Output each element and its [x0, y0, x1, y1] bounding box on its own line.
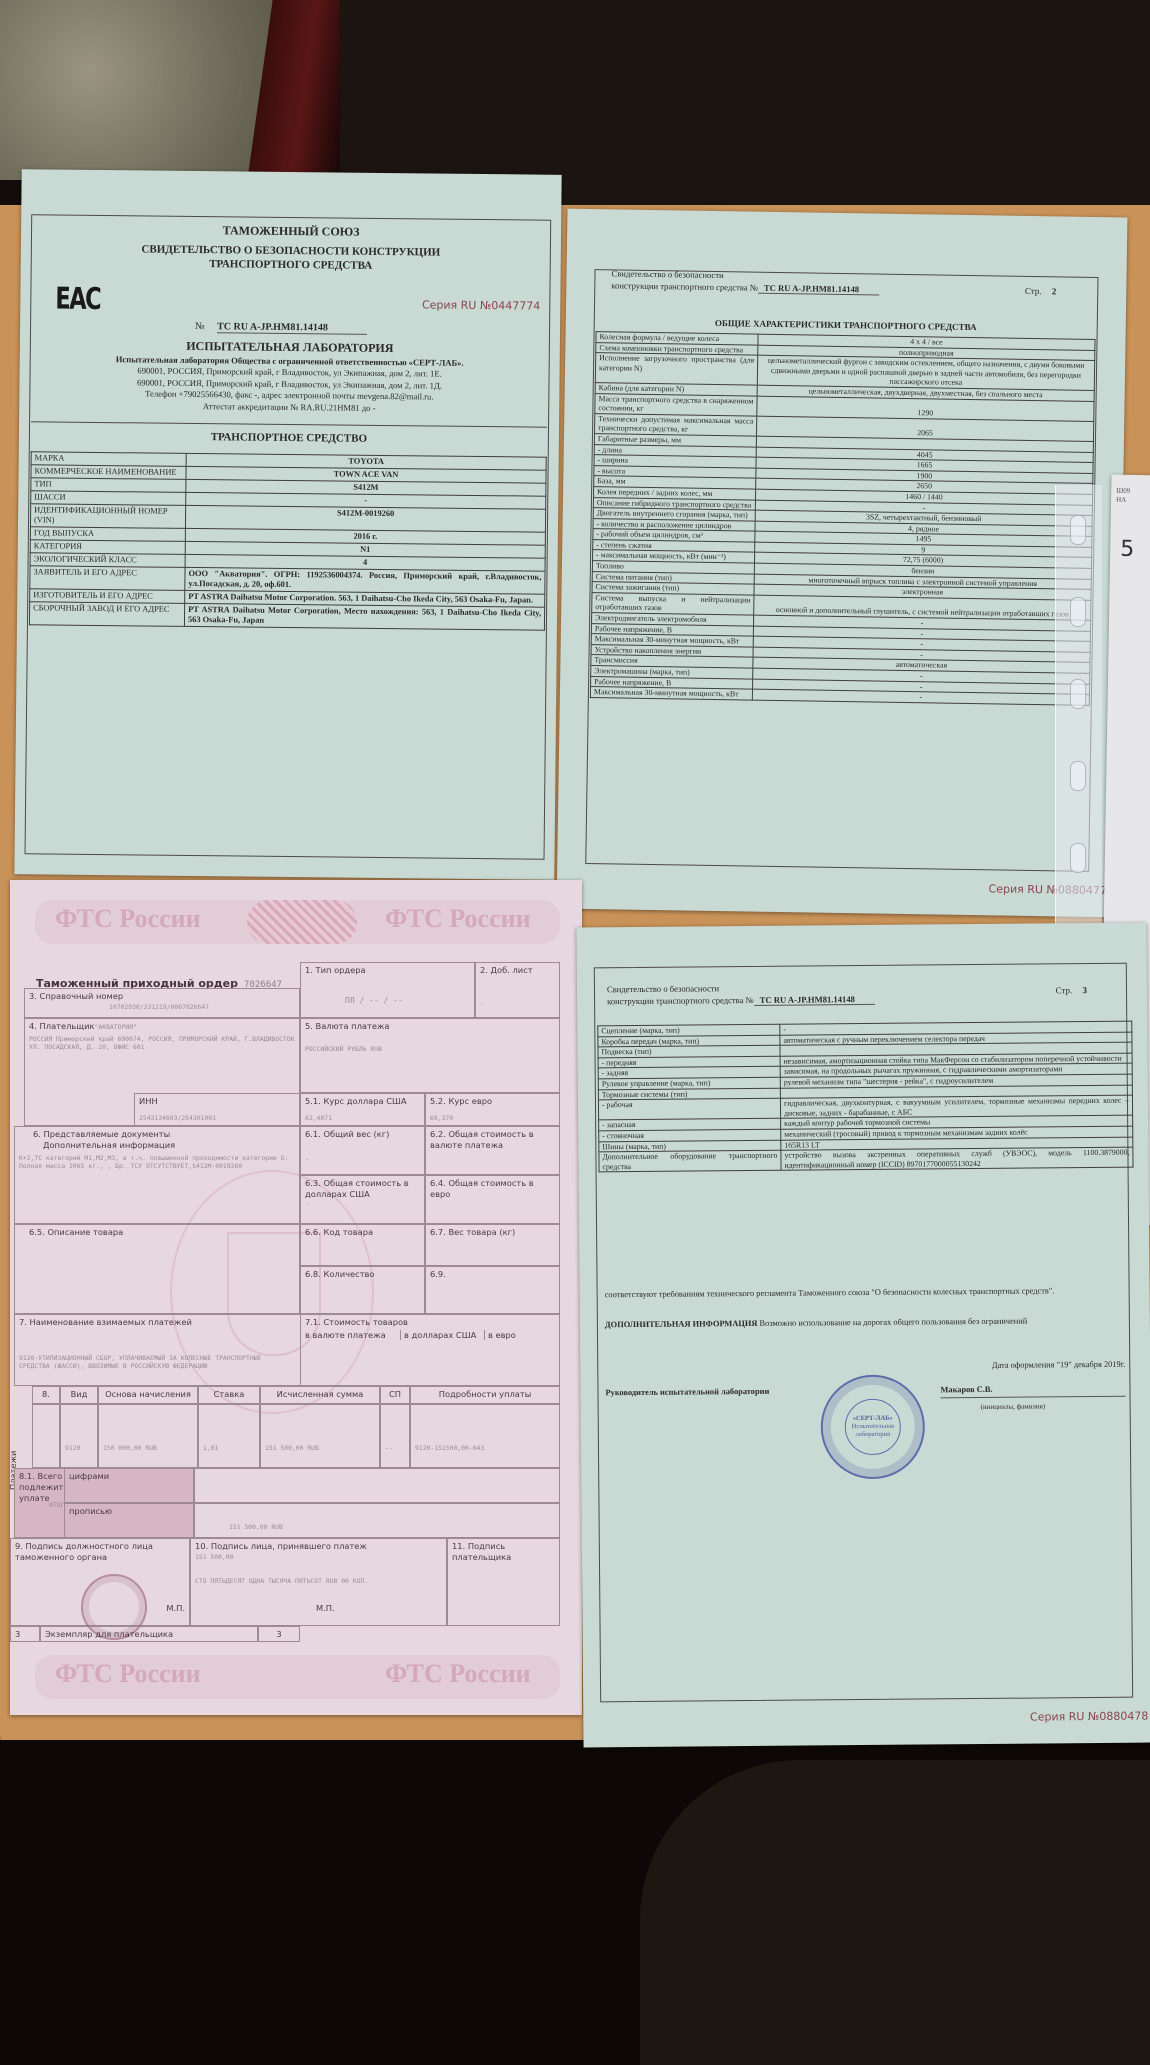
total-digits-value — [194, 1468, 560, 1503]
field-label: 7.1. Стоимость товаров — [305, 1317, 555, 1328]
stamp-sub-text: Испытательная лаборатория — [846, 1423, 900, 1439]
payments-cell: 151 500,00 RUB — [260, 1404, 380, 1468]
field-label-2: Дополнительная информация — [43, 1140, 295, 1151]
initials-caption: (инициалы, фамилия) — [981, 1401, 1126, 1413]
sub-currency: в валюте платежа — [305, 1330, 400, 1341]
certificate-title: СВИДЕТЕЛЬСТВО О БЕЗОПАСНОСТИ КОНСТРУКЦИИ… — [21, 241, 561, 275]
lab-head-name: Макаров С.В. — [940, 1383, 1125, 1399]
punch-hole-icon — [1070, 679, 1086, 709]
field-6-8-quantity: 6.8. Количество — [300, 1266, 425, 1314]
copy-label: Экземпляр для плательщика — [40, 1626, 258, 1642]
field-label: 3. Справочный номер — [29, 991, 295, 1002]
punch-hole-icon — [1070, 515, 1086, 545]
vehicle-table: МаркаTOYOTAКоммерческое наименованиеTOWN… — [29, 451, 547, 630]
field-6-6-code: 6.6. Код товара — [300, 1224, 425, 1266]
amount-words: СТО ПЯТЬДЕСЯТ ОДНА ТЫСЯЧА ПЯТЬСОТ RUB 00… — [195, 1576, 442, 1587]
field-5-2-eur-rate: 5.2. Курс евро 69,370 — [425, 1093, 560, 1126]
total-words-value: 151 500,00 RUB — [194, 1503, 560, 1538]
field-value: 2543134603/254301001 — [139, 1113, 295, 1124]
payments-column-header: 8. — [32, 1386, 60, 1404]
fts-label-right: ФТС России — [385, 904, 531, 934]
field-label: 6.5. Описание товара — [29, 1227, 295, 1238]
payments-column-header: Вид — [60, 1386, 98, 1404]
field-3-reference-number: 3. Справочный номер 10702030/231219/0007… — [24, 988, 300, 1018]
payments-cell: 1,01 — [198, 1404, 260, 1468]
payer-name: "АКВАТОРИЯ" — [95, 1023, 137, 1031]
payments-column-header: Основа начисления — [98, 1386, 198, 1404]
field-6-documents: 6. Представляемые документы Дополнительн… — [14, 1126, 300, 1224]
field-7-1-goods-value: 7.1. Стоимость товаров в валюте платежа … — [300, 1314, 560, 1386]
field-1-order-type: 1. Тип ордера ПЛ / -- / -- — [300, 962, 475, 1018]
row-label: Технически допустимая максимальная масса… — [595, 413, 757, 436]
field-6-1-total-weight: 6.1. Общий вес (кг) - — [300, 1126, 425, 1175]
row-label: Максимальная 30-минутная мощность, кВт — [590, 687, 752, 700]
page-value: 2 — [1052, 286, 1057, 296]
payer-address: РОССИЯ Приморский край 690074, РОССИЯ, П… — [29, 1035, 295, 1051]
field-label: 4. Плательщик — [29, 1021, 95, 1031]
row-label: Дополнительное оборудование транспортног… — [599, 1150, 781, 1172]
payment-vid: 9120 — [65, 1443, 93, 1454]
fts-label-right: ФТС России — [385, 1659, 531, 1689]
punch-hole-icon — [1070, 597, 1086, 627]
header-line-2: конструкции транспортного средства № — [611, 280, 758, 292]
payments-column-header: СП — [380, 1386, 410, 1404]
goods-value-subcolumns: в валюте платежа в долларах США в евро — [305, 1330, 555, 1341]
sub-eur: в евро — [484, 1330, 516, 1341]
certificate-page-1: ТАМОЖЕННЫЙ СОЮЗ СВИДЕТЕЛЬСТВО О БЕЗОПАСН… — [14, 169, 561, 880]
field-label: 6. Представляемые документы — [33, 1129, 295, 1140]
row-label: Масса транспортного средства в снаряженн… — [595, 393, 757, 416]
page-number: Стр. 2 — [1025, 286, 1057, 296]
page-label: Стр. — [1025, 286, 1042, 296]
certificate-page-3: Свидетельство о безопасности конструкции… — [576, 923, 1150, 1748]
payments-cell — [32, 1404, 60, 1468]
payment-base: 150 000,00 RUB — [103, 1443, 193, 1454]
field-2-add-sheet: 2. Доб. лист - — [475, 962, 560, 1018]
page-header: Свидетельство о безопасности конструкции… — [607, 981, 875, 1007]
field-value: 62,4071 — [305, 1113, 420, 1124]
payments-cell: -- — [380, 1404, 410, 1468]
payments-cell: 9120-151500,00-643 — [410, 1404, 560, 1468]
field-5-1-usd-rate: 5.1. Курс доллара США 62,4071 — [300, 1093, 425, 1126]
field-6-3-total-value-usd: 6.3. Общая стоимость в долларах США - — [300, 1175, 425, 1224]
field-10-receiver-signature: 10. Подпись лица, принявшего платеж 151 … — [190, 1538, 447, 1626]
field-inn: ИНН 2543134603/254301001 — [134, 1093, 300, 1126]
row-label: Заявитель и его адрес — [30, 566, 185, 591]
field-7-charges: 7. Наименование взимаемых платежей 9120-… — [14, 1314, 300, 1386]
field-5-currency: 5. Валюта платежа РОССИЙСКИЙ РУБЛЬ RUB — [300, 1018, 560, 1093]
page-number: Стр. 3 — [1056, 985, 1088, 995]
payments-column-header: Ставка — [198, 1386, 260, 1404]
certificate-number: № ТС RU A-JP.HM81.14148 — [195, 321, 367, 335]
fts-label-left: ФТС России — [55, 904, 201, 934]
payment-sp: -- — [385, 1443, 405, 1454]
amount-digits: 151 500,00 — [195, 1552, 442, 1563]
field-label: 5.1. Курс доллара США — [305, 1096, 420, 1107]
lab-head-label: Руководитель испытательной лаборатории — [605, 1385, 825, 1398]
certificate-number: ТС RU A-JP.HM81.14148 — [754, 994, 875, 1006]
row-value: устройство вызова экстренных оперативных… — [781, 1147, 1133, 1170]
field-label: 5. Валюта платежа — [305, 1021, 555, 1032]
payment-rate: 1,01 — [203, 1443, 255, 1454]
sub-usd: в долларах США — [400, 1330, 484, 1341]
field-value: - — [305, 1154, 420, 1165]
table-row: Сборочный завод и его адресPT ASTRA Daih… — [29, 602, 544, 630]
row-label: Идентификационный номер (VIN) — [30, 504, 185, 529]
number-value: ТС RU A-JP.HM81.14148 — [217, 321, 367, 335]
row-value: PT ASTRA Daihatsu Motor Corporation, Мес… — [184, 603, 544, 630]
field-value: - — [305, 1199, 420, 1210]
additional-label: ДОПОЛНИТЕЛЬНАЯ ИНФОРМАЦИЯ — [605, 1319, 758, 1329]
page-value: 3 — [1082, 985, 1087, 995]
row-label: Сборочный завод и его адрес — [29, 602, 184, 627]
fts-label-left: ФТС России — [55, 1659, 201, 1689]
payment-details: 9120-151500,00-643 — [415, 1443, 555, 1454]
fts-band-top: ФТС России ФТС России — [35, 900, 560, 944]
field-value: - — [480, 998, 555, 1009]
punch-hole-icon — [1070, 761, 1086, 791]
page-label: Стр. — [1056, 985, 1073, 995]
field-6-4-total-value-eur: 6.4. Общая стоимость в евро — [425, 1175, 560, 1224]
total-digits-label: цифрами — [64, 1468, 194, 1503]
payments-cell: 150 000,00 RUB — [98, 1404, 198, 1468]
field-9-officer-signature: 9. Подпись должностного лица таможенного… — [10, 1538, 190, 1626]
field-value: 9120-УТИЛИЗАЦИОННЫЙ СБОР, УПЛАЧИВАЕМЫЙ З… — [19, 1354, 296, 1370]
field-6-7-item-weight: 6.7. Вес товара (кг) — [425, 1224, 560, 1266]
number-label: № — [195, 321, 205, 332]
ornament-icon — [247, 900, 357, 944]
field-label: 10. Подпись лица, принявшего платеж — [195, 1541, 442, 1552]
field-6-2-total-value-currency: 6.2. Общая стоимость в валюте платежа — [425, 1126, 560, 1175]
page-header: Свидетельство о безопасности конструкции… — [611, 267, 879, 295]
field-11-payer-signature: 11. Подпись плательщика — [447, 1538, 560, 1626]
certificate-page-2: Свидетельство о безопасности конструкции… — [557, 209, 1128, 918]
fts-band-bottom: ФТС России ФТС России — [35, 1655, 560, 1699]
row-label: Система выпуска и нейтрализации отработа… — [592, 592, 754, 615]
total-value: 151 500,00 RUB — [229, 1522, 555, 1533]
stamp-place-label: М.П. — [316, 1603, 335, 1614]
lab-details: Испытательная лаборатория Общества с огр… — [59, 354, 520, 416]
series-number: Серия RU №0447774 — [422, 298, 540, 312]
field-6-5-description: 6.5. Описание товара — [14, 1224, 300, 1314]
additional-text: Возможно использование на дорогах общего… — [759, 1317, 1027, 1328]
characteristics-table: Сцепление (марка, тип)-Коробка передач (… — [597, 1021, 1133, 1173]
field-label: ИНН — [139, 1096, 295, 1107]
field-label: 1. Тип ордера — [305, 965, 470, 976]
field-value: РОССИЙСКИЙ РУБЛЬ RUB — [305, 1044, 555, 1055]
payments-column-header: Подробности уплаты — [410, 1386, 560, 1404]
field-label: 6.1. Общий вес (кг) — [305, 1129, 420, 1140]
stamp-place-label: М.П. — [166, 1603, 185, 1614]
copy-number: 3 — [10, 1626, 40, 1642]
customs-receipt-order: ФТС России ФТС России Таможенный приходн… — [10, 880, 582, 1715]
field-value: К+2,ТС категорий М1,М2,М3, в т.ч. повыше… — [19, 1154, 295, 1170]
row-label: Исполнение загрузочного пространства (дл… — [595, 353, 757, 385]
field-value: ПЛ / -- / -- — [345, 996, 470, 1007]
certificate-number: ТС RU A-JP.HM81.14148 — [758, 283, 879, 296]
field-value: 69,370 — [430, 1113, 555, 1124]
table-row: Дополнительное оборудование транспортног… — [599, 1147, 1133, 1172]
payments-cell: 9120 — [60, 1404, 98, 1468]
characteristics-table: Колесная формула / ведущие колеса4 x 4 /… — [590, 331, 1096, 706]
partial-digit: 5 — [1120, 537, 1134, 562]
field-label: 2. Доб. лист — [480, 965, 555, 976]
lab-stamp-icon: «СЕРТ-ЛАБ» Испытательная лаборатория — [820, 1374, 925, 1479]
field-value: 10702030/231219/0007026647 — [109, 1002, 295, 1013]
series-number: Серия RU №0880478 — [1030, 1710, 1148, 1724]
payment-sum: 151 500,00 RUB — [265, 1443, 375, 1454]
eac-logo-icon: EAC — [55, 282, 100, 317]
row-label: - рабочая — [598, 1098, 780, 1120]
total-words-label: прописью — [64, 1503, 194, 1538]
partial-text: Ш09 НА — [1116, 487, 1130, 505]
field-label: 5.2. Курс евро — [430, 1096, 555, 1107]
field-label: 9. Подпись должностного лица таможенного… — [15, 1541, 185, 1562]
floor-shadow — [640, 1760, 1150, 2065]
punch-hole-icon — [1070, 843, 1086, 873]
field-label: 7. Наименование взимаемых платежей — [19, 1317, 296, 1328]
copy-number-right: 3 — [258, 1626, 300, 1642]
payments-column-header: Исчисленная сумма — [260, 1386, 380, 1404]
field-6-9: 6.9. — [425, 1266, 560, 1314]
field-label: 6.3. Общая стоимость в долларах США — [305, 1178, 420, 1199]
header-line-2: конструкции транспортного средства № — [607, 995, 754, 1006]
